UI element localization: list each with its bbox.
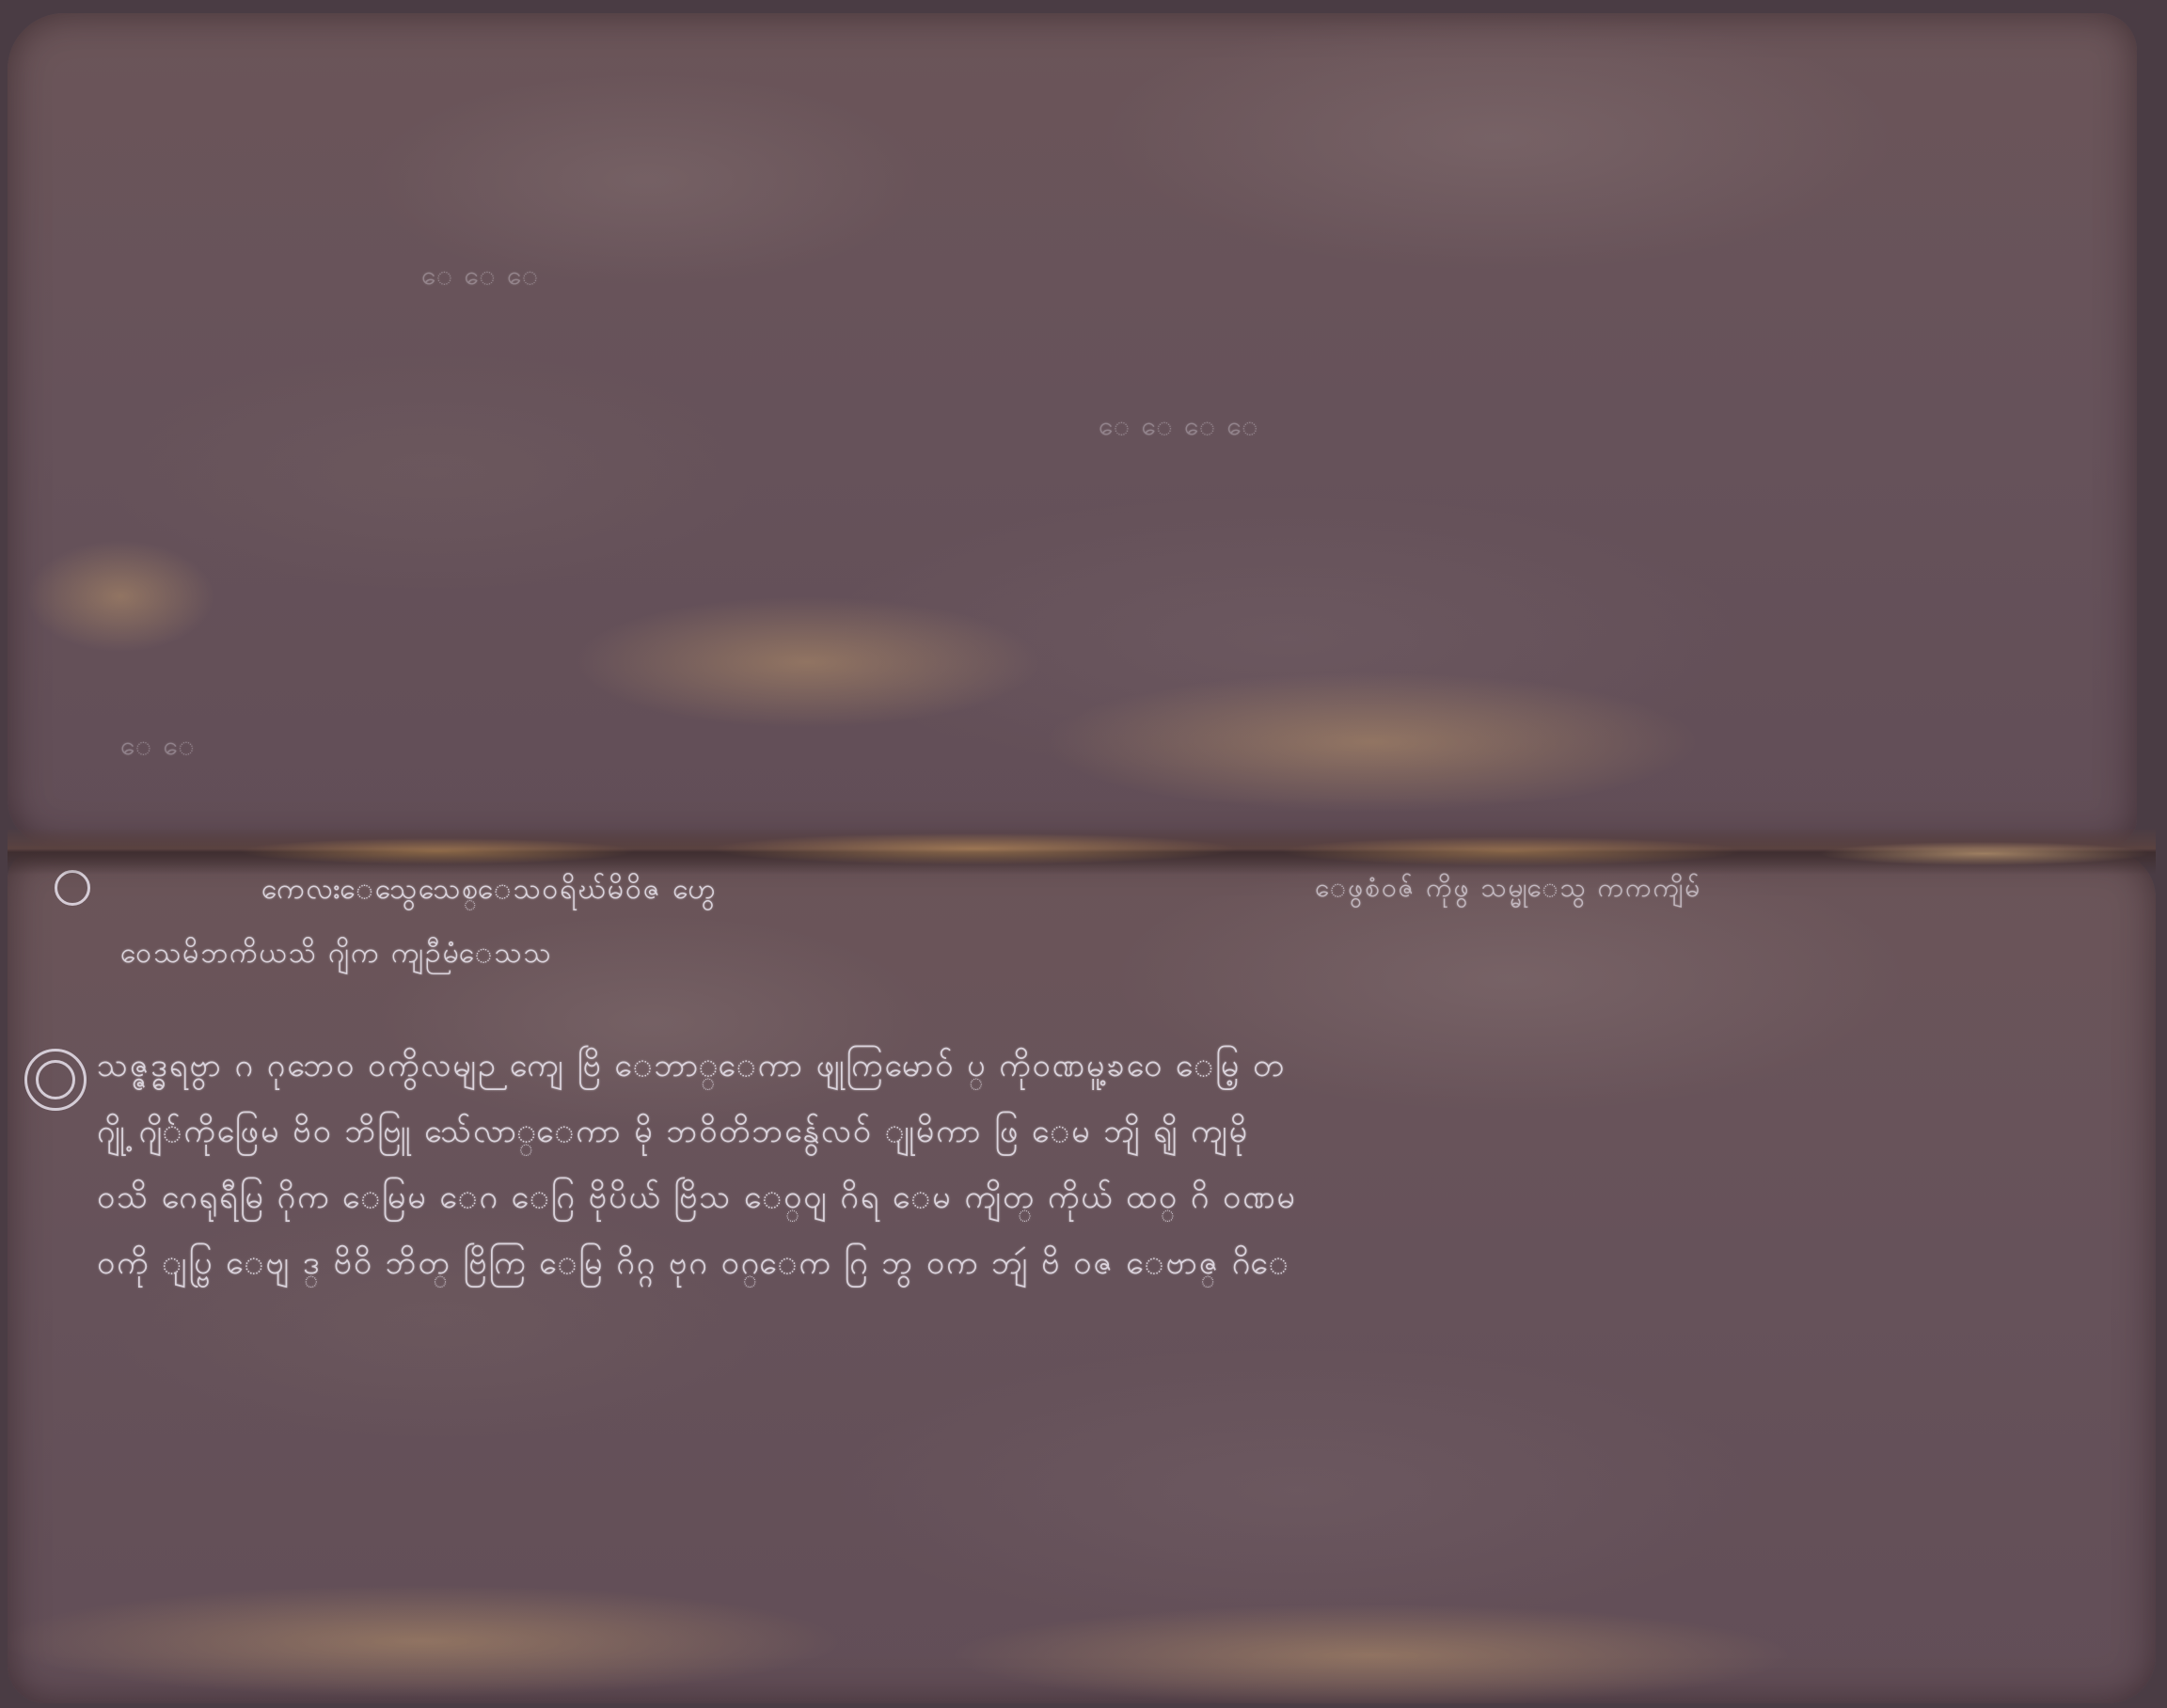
section-mark-icon bbox=[36, 1060, 75, 1099]
body-line: သဇ္ဇဒ္ဓရဗွာ ဂ ဂုဘေဝ ဝကွိလမျဉ ကျေ ဗြိ ေဘာ… bbox=[97, 1044, 1286, 1092]
body-line: ဝကို ျပ္ဗြ ေဗျ ဒ္ ဗိဝိ ဘိတ္ ဗြိကြ ေမြ ဂိ… bbox=[97, 1241, 1289, 1289]
heading-line-right: ေဖွစံဝဇ် ကိုဖွ သမ္မုေသွ ကကကျိမ် bbox=[1315, 870, 1701, 909]
body-line: ဂျို့ ဂျိ်ကိုဖြေမ ဗိဝ ဘိဗြူ သ်ေလာ္ေကာ မိ… bbox=[97, 1110, 1249, 1158]
heading-line: ကေလးေသွေသေစ္ေသဝရိဃ်မိဝိဇ ဟွေ bbox=[261, 870, 718, 912]
section-mark-icon bbox=[55, 870, 90, 906]
manuscript-photo: ေ ေ ေ ေ ေ ေ ေ ေ ေ ကေလးေသွေသေစ္ေသဝရိဃ်မိဝ… bbox=[0, 0, 2167, 1708]
faint-text-line: ေ ေ ေ ေ bbox=[1099, 408, 1260, 448]
heading-line: ဝေသမိဘကိယသိ ဂျိက ကျဉီမံေသသ bbox=[120, 934, 552, 976]
top-panel: ေ ေ ေ ေ ေ ေ ေ ေ ေ bbox=[8, 13, 2137, 846]
faint-text-line: ေ ေ bbox=[120, 728, 197, 767]
bottom-panel: ကေလးေသွေသေစ္ေသဝရိဃ်မိဝိဇ ဟွေ ေဖွစံဝဇ် ကိ… bbox=[8, 851, 2156, 1703]
body-line: ဝသိ ဂေရုရီမြ ဂိုက ေမြမ ေဂ ေဂြ ဗိုပိယ် ဗြ… bbox=[97, 1176, 1297, 1224]
fold-crease bbox=[8, 828, 2156, 875]
faint-text-line: ေ ေ ေ bbox=[421, 258, 540, 297]
